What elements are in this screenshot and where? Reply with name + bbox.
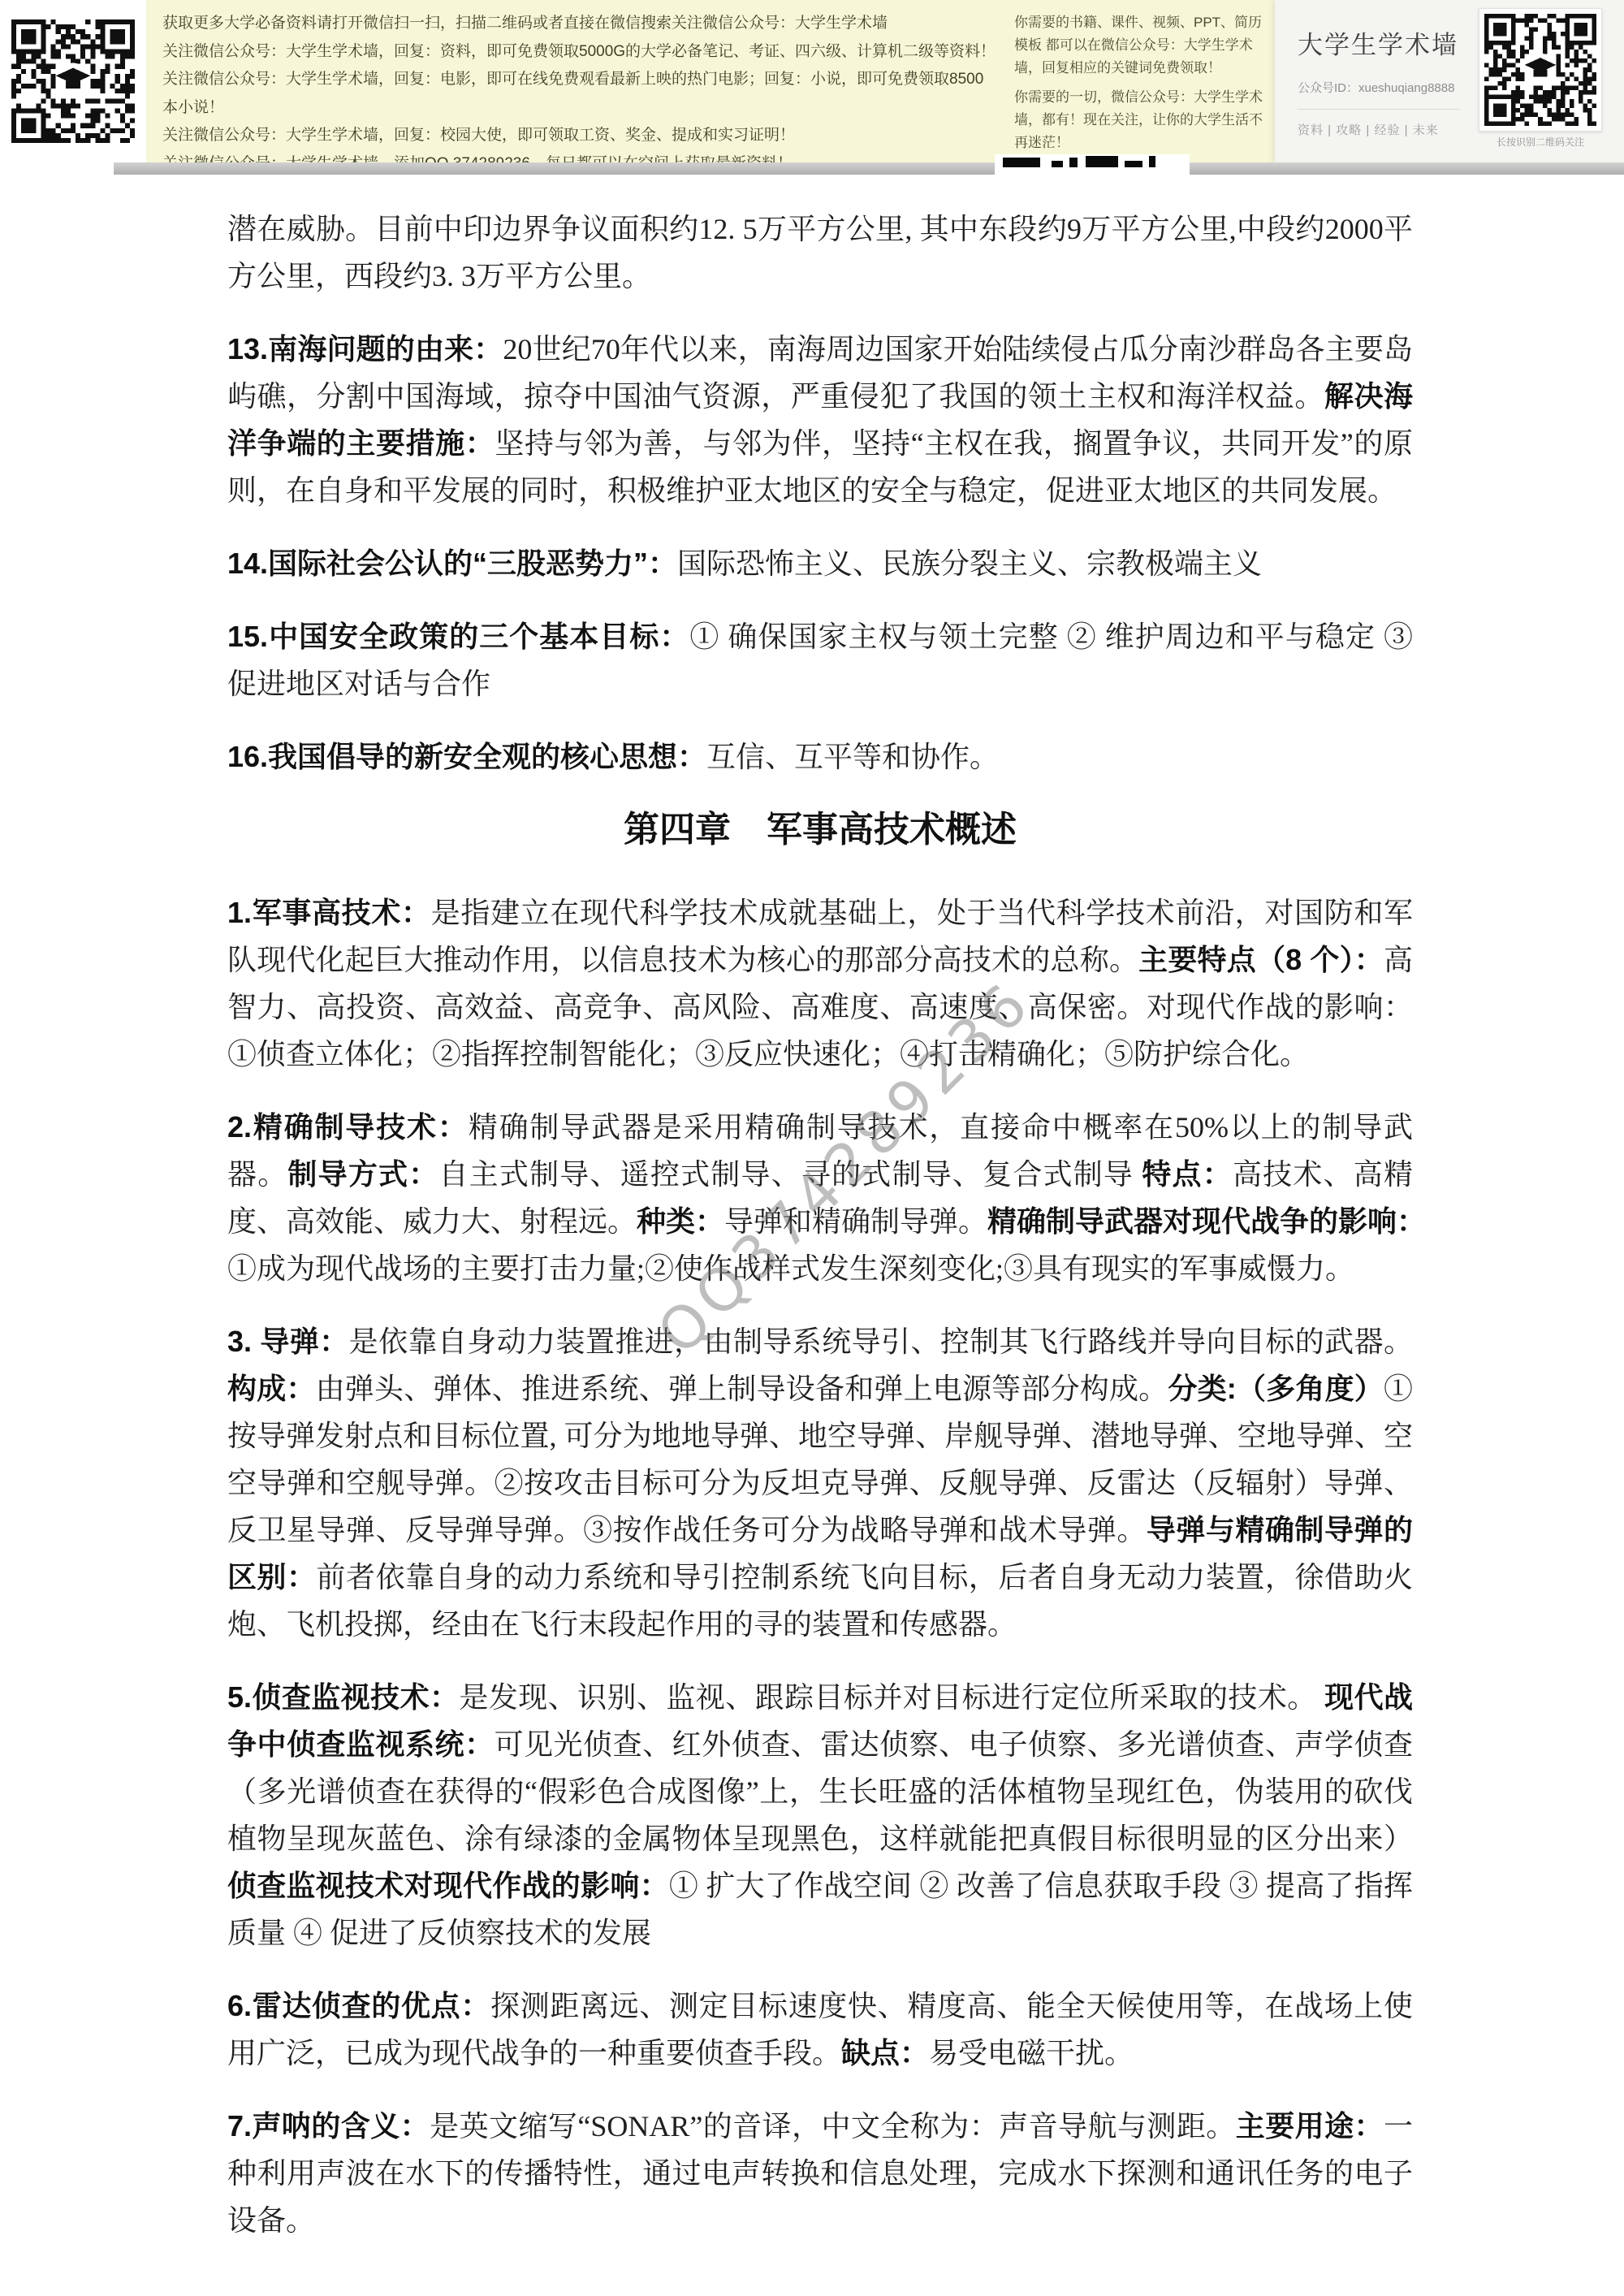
promo-line-2: 关注微信公众号：大学生学术墙，回复：资料，即可免费领取5000G的大学必备笔记、… [162,38,999,67]
account-card: 大学生学术墙 公众号ID：xueshuqiang8888 资料 | 攻略 | 经… [1275,0,1624,162]
para-6-radar: 6.雷达侦查的优点：探测距离远、测定目标速度快、精度高、能全天候使用等，在战场上… [227,1983,1413,2077]
side-note-top: 你需要的书籍、课件、视频、PPT、简历模板 都可以在微信公众号：大学生学术墙，回… [1014,11,1267,80]
para-5-recon-surveillance: 5.侦查监视技术：是发现、识别、监视、跟踪目标并对目标进行定位所采取的技术。 现… [227,1674,1413,1957]
account-title: 大学生学术墙 [1298,24,1472,61]
promo-line-1: 获取更多大学必备资料请打开微信扫一扫，扫描二维码或者直接在微信搜索关注微信公众号… [162,10,999,38]
promo-side-block: 你需要的书籍、课件、视频、PPT、简历模板 都可以在微信公众号：大学生学术墙，回… [1003,0,1275,162]
promo-line-4: 关注微信公众号：大学生学术墙，回复：校园大使，即可领取工资、奖金、提成和实习证明… [162,122,999,150]
account-card-text: 大学生学术墙 公众号ID：xueshuqiang8888 资料 | 攻略 | 经… [1298,8,1472,159]
account-tags: 资料 | 攻略 | 经验 | 未来 [1298,121,1472,138]
chapter-heading: 第四章 军事高技术概述 [227,806,1413,854]
promo-header: 获取更多大学必备资料请打开微信扫一扫，扫描二维码或者直接在微信搜索关注微信公众号… [0,0,1624,162]
para-1-military-high-tech: 1.军事高技术：是指建立在现代科学技术成就基础上，处于当代科学技术前沿，对国防和… [227,889,1413,1078]
qr-code-left-icon [11,19,135,143]
page: 获取更多大学必备资料请打开微信扫一扫，扫描二维码或者直接在微信搜索关注微信公众号… [0,0,1624,2296]
para-15-security-policy-goals: 15.中国安全政策的三个基本目标：① 确保国家主权与领土完整 ② 维护周边和平与… [227,613,1413,707]
para-7-sonar: 7.声呐的含义：是英文缩写“SONAR”的音译，中文全称为：声音导航与测距。主要… [227,2103,1413,2244]
para-2-precision-guidance: 2.精确制导技术：精确制导武器是采用精确制导技术，直接命中概率在50%以上的制导… [227,1104,1413,1292]
qr-caption: 长按识别二维码关注 [1497,135,1584,149]
para-border-dispute: 潜在威胁。目前中印边界争议面积约12. 5万平方公里, 其中东段约9万平方公里,… [227,205,1413,300]
cropped-glyph-fragments [995,154,1190,175]
card-qr-area: 长按识别二维码关注 [1479,8,1602,159]
qr-code-right-icon [1479,8,1602,132]
para-14-three-evil-forces: 14.国际社会公认的“三股恶势力”：国际恐怖主义、民族分裂主义、宗教极端主义 [227,540,1413,587]
promo-line-3: 关注微信公众号：大学生学术墙，回复：电影，即可在线免费观看最新上映的热门电影；回… [162,66,999,122]
para-3-missile: 3. 导弹：是依靠自身动力装置推进，由制导系统导引、控制其飞行路线并导向目标的武… [227,1318,1413,1648]
para-16-new-security-concept: 16.我国倡导的新安全观的核心思想：互信、互平等和协作。 [227,733,1413,780]
card-divider [1298,109,1460,110]
document-body: 潜在威胁。目前中印边界争议面积约12. 5万平方公里, 其中东段约9万平方公里,… [0,175,1624,2270]
left-qr-panel [0,0,146,162]
account-id: 公众号ID：xueshuqiang8888 [1298,79,1472,96]
side-note-bottom: 你需要的一切，微信公众号：大学生学术墙，都有！现在关注，让你的大学生活不再迷茫！ [1014,86,1267,154]
divider-bar-gap [0,162,114,175]
divider-bar [0,162,1624,175]
para-13-south-china-sea: 13.南海问题的由来：20世纪70年代以来，南海周边国家开始陆续侵占瓜分南沙群岛… [227,326,1413,514]
promo-text-block: 获取更多大学必备资料请打开微信扫一扫，扫描二维码或者直接在微信搜索关注微信公众号… [146,0,1003,162]
